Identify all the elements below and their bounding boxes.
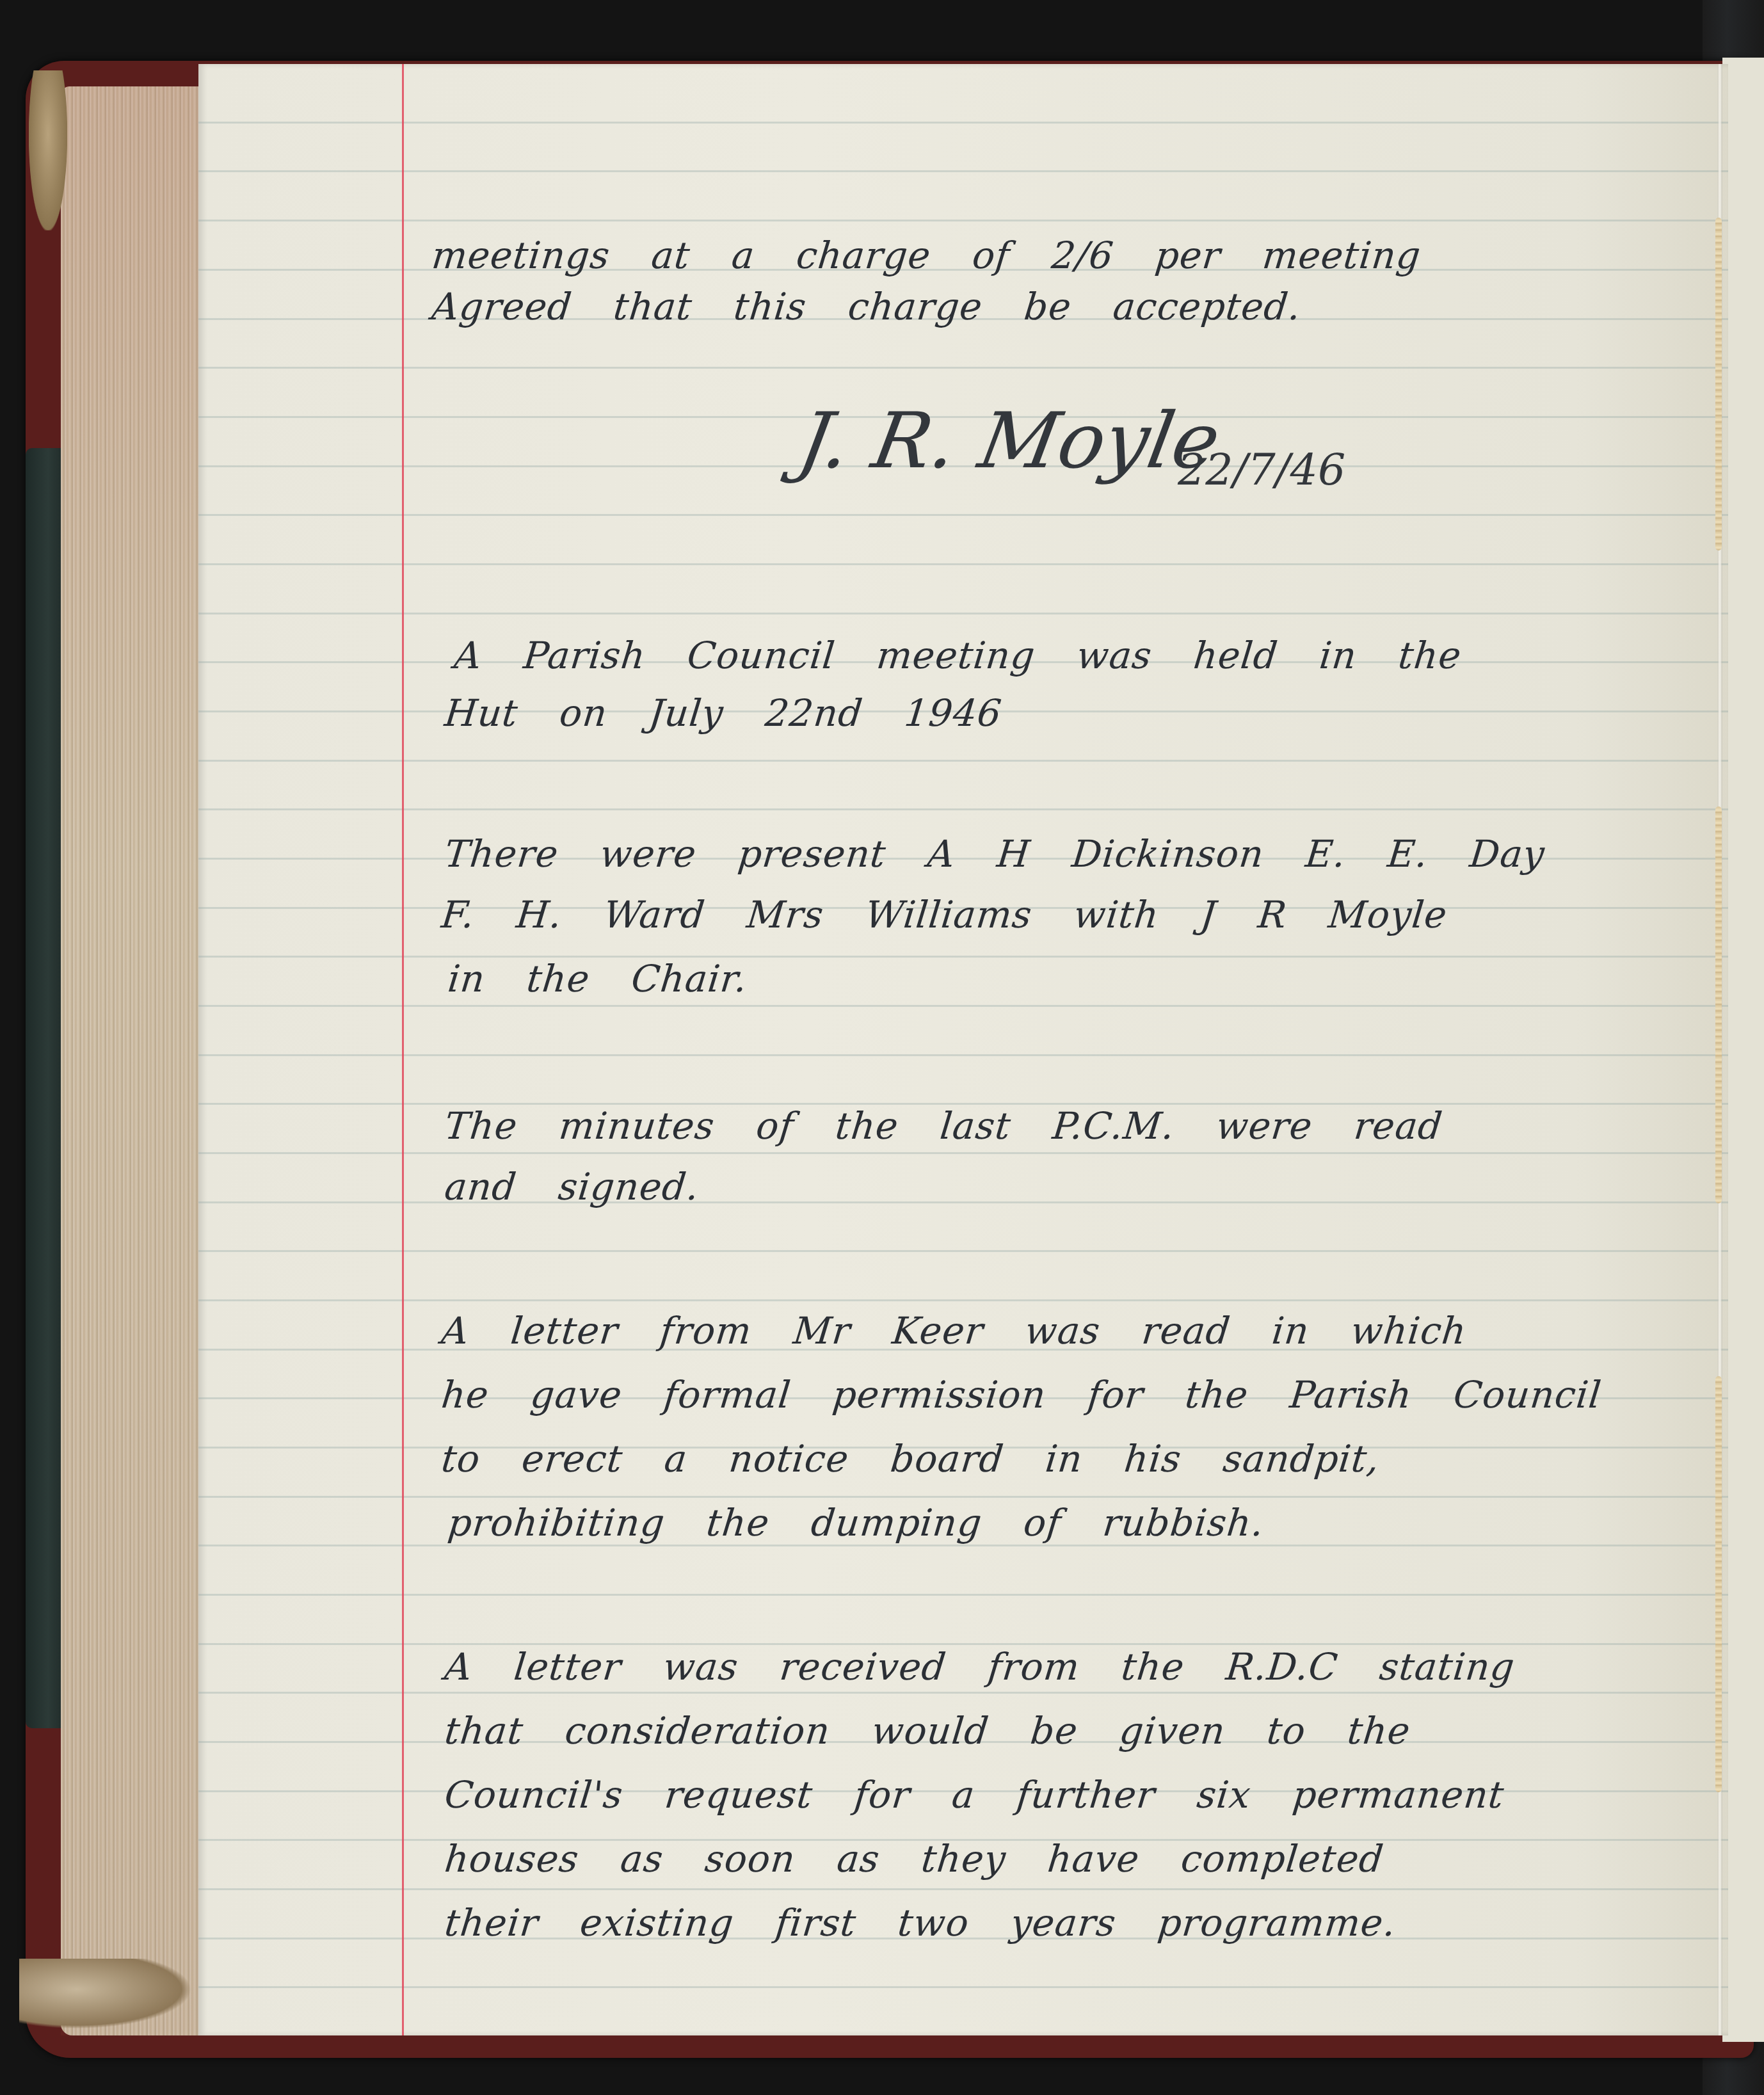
handwritten-line: Hut on July 22nd 1946 xyxy=(443,694,1004,732)
stacked-page-edges xyxy=(61,86,202,2035)
binding-stitch xyxy=(1715,1376,1722,1792)
ruled-line xyxy=(198,1054,1728,1056)
handwritten-line: The minutes of the last P.C.M. were read xyxy=(443,1107,1445,1144)
handwritten-line: F. H. Ward Mrs Williams with J R Moyle xyxy=(440,896,1449,933)
handwritten-line: prohibiting the dumping of rubbish. xyxy=(446,1504,1266,1541)
facing-page-edge xyxy=(1722,58,1764,2042)
ruled-line xyxy=(198,1496,1728,1498)
handwritten-line: Council's request for a further six perm… xyxy=(443,1776,1506,1813)
ruled-line xyxy=(198,514,1728,516)
worn-corner-top xyxy=(29,70,67,230)
ruled-line xyxy=(198,1692,1728,1694)
binding-stitch xyxy=(1715,218,1722,550)
handwritten-line: to erect a notice board in his sandpit, xyxy=(440,1440,1381,1477)
ruled-line xyxy=(198,1888,1728,1890)
binding-stitch xyxy=(1715,807,1722,1203)
handwritten-line: A letter from Mr Keer was read in which xyxy=(440,1312,1468,1349)
handwritten-line: houses as soon as they have completed xyxy=(443,1840,1386,1877)
ruled-line xyxy=(198,367,1728,369)
ruled-line xyxy=(198,1152,1728,1154)
ruled-line xyxy=(198,613,1728,614)
handwritten-line: and signed. xyxy=(443,1168,701,1205)
ruled-line xyxy=(198,122,1728,124)
handwritten-line: in the Chair. xyxy=(446,960,750,997)
ruled-page: meetings at a charge of 2/6 per meeting … xyxy=(198,64,1728,2035)
ruled-line xyxy=(198,220,1728,221)
ruled-line xyxy=(198,1545,1728,1546)
handwritten-line: A Parish Council meeting was held in the xyxy=(453,637,1463,674)
ruled-line xyxy=(198,808,1728,810)
handwritten-line: A letter was received from the R.D.C sta… xyxy=(443,1648,1517,1685)
ruled-line xyxy=(198,1005,1728,1007)
handwritten-line: There were present A H Dickinson E. E. D… xyxy=(443,835,1546,872)
handwritten-line: their existing first two years programme… xyxy=(443,1904,1398,1941)
signature-date: 22/7/46 xyxy=(1178,445,1345,495)
scanned-book-spread: meetings at a charge of 2/6 per meeting … xyxy=(0,0,1764,2095)
ruled-line xyxy=(198,760,1728,762)
ruled-line xyxy=(198,1986,1728,1988)
ruled-line xyxy=(198,956,1728,958)
ruled-line xyxy=(198,563,1728,565)
handwritten-line: he gave formal permission for the Parish… xyxy=(440,1376,1603,1413)
ruled-line xyxy=(198,170,1728,172)
handwritten-line: Agreed that this charge be accepted. xyxy=(430,288,1303,325)
handwritten-line: meetings at a charge of 2/6 per meeting xyxy=(430,237,1423,274)
ruled-line xyxy=(198,1250,1728,1252)
ruled-line xyxy=(198,1299,1728,1301)
handwritten-line: that consideration would be given to the xyxy=(443,1712,1413,1749)
worn-corner-bottom xyxy=(19,1959,211,2035)
ruled-line xyxy=(198,1201,1728,1203)
chair-signature: J. R. Moyle xyxy=(792,397,1227,486)
ruled-line xyxy=(198,1594,1728,1596)
red-margin-line xyxy=(402,64,404,2035)
